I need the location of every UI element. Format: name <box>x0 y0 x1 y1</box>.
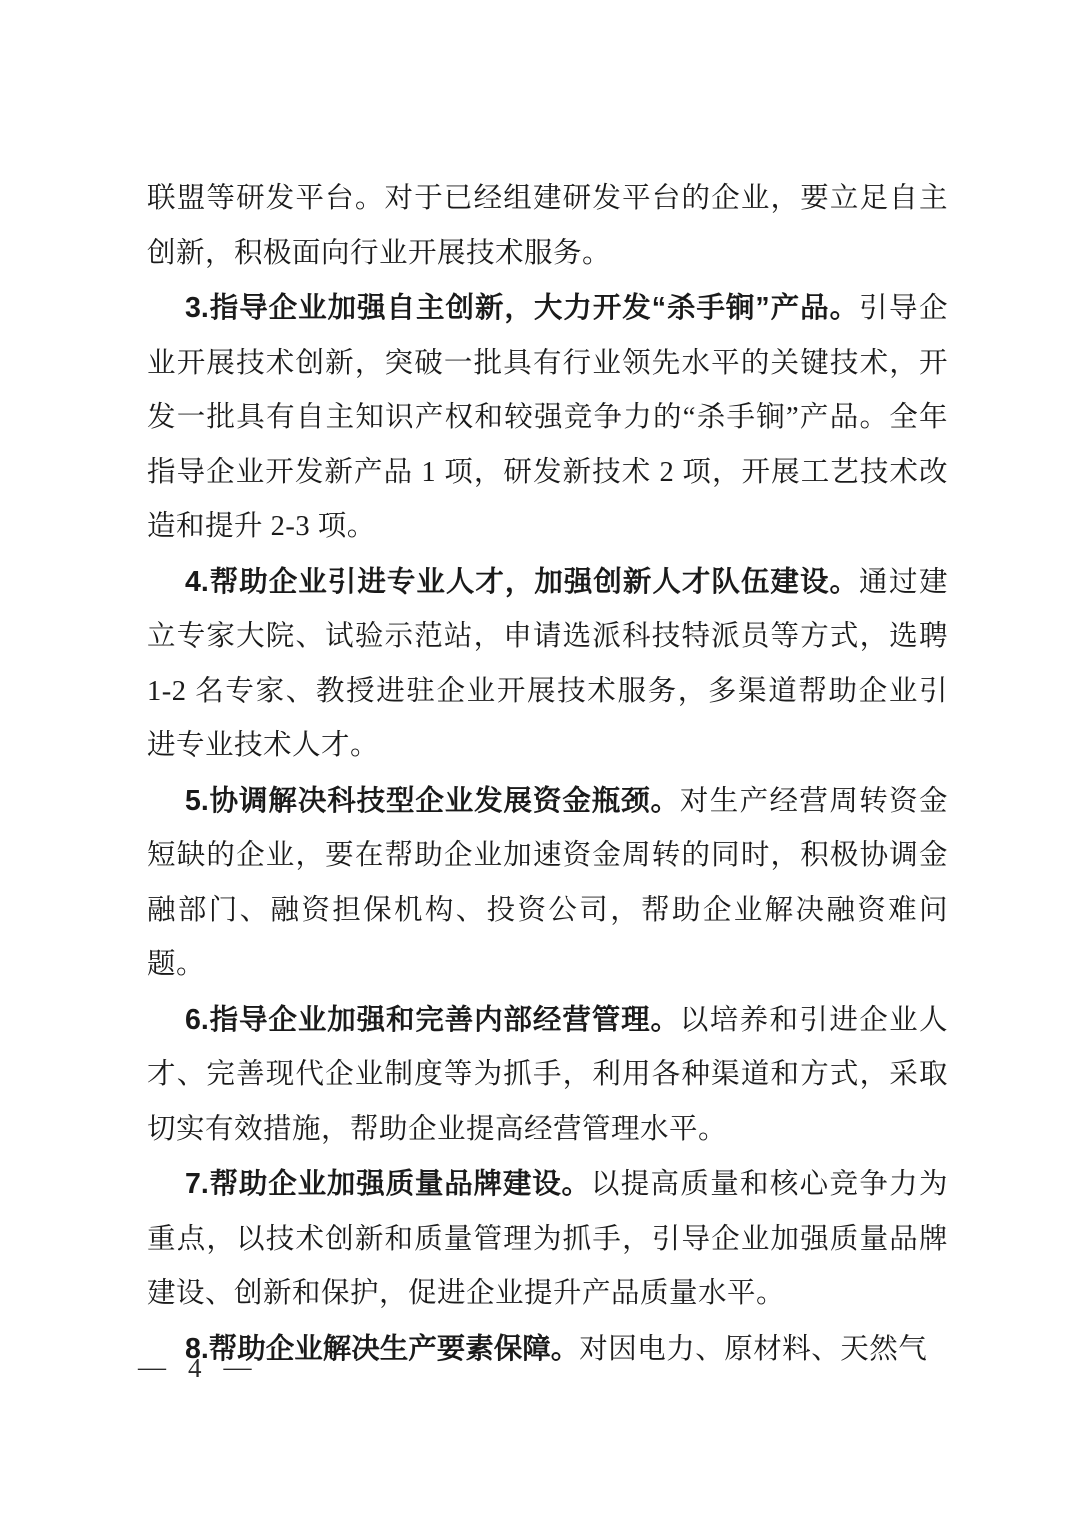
paragraph: 7.帮助企业加强质量品牌建设。以提高质量和核心竞争力为重点，以技术创新和质量管理… <box>147 1157 948 1322</box>
footer-dash-left: — <box>138 1352 166 1384</box>
document-body: 联盟等研发平台。对于已经组建研发平台的企业，要立足自主创新，积极面向行业开展技术… <box>147 171 948 1377</box>
paragraph: 8.帮助企业解决生产要素保障。对因电力、原材料、天然气 <box>147 1322 948 1378</box>
footer-dash-right: — <box>224 1352 252 1384</box>
document-page: 联盟等研发平台。对于已经组建研发平台的企业，要立足自主创新，积极面向行业开展技术… <box>0 0 1080 1524</box>
paragraph: 4.帮助企业引进专业人才，加强创新人才队伍建设。通过建立专家大院、试验示范站，申… <box>147 555 948 774</box>
paragraph-lead: 3.指导企业加强自主创新，大力开发“杀手锏”产品。 <box>185 292 859 324</box>
paragraph-text: 对因电力、原材料、天然气 <box>579 1334 927 1365</box>
paragraph: 5.协调解决科技型企业发展资金瓶颈。对生产经营周转资金短缺的企业，要在帮助企业加… <box>147 774 948 993</box>
paragraph: 联盟等研发平台。对于已经组建研发平台的企业，要立足自主创新，积极面向行业开展技术… <box>147 171 948 281</box>
paragraph-lead: 6.指导企业加强和完善内部经营管理。 <box>185 1004 680 1036</box>
page-footer: — 4 — <box>138 1352 252 1384</box>
paragraph: 6.指导企业加强和完善内部经营管理。以培养和引进企业人才、完善现代企业制度等为抓… <box>147 993 948 1158</box>
paragraph-text: 联盟等研发平台。对于已经组建研发平台的企业，要立足自主创新，积极面向行业开展技术… <box>147 183 948 269</box>
paragraph-lead: 7.帮助企业加强质量品牌建设。 <box>185 1168 591 1200</box>
paragraph-lead: 4.帮助企业引进专业人才，加强创新人才队伍建设。 <box>185 566 859 598</box>
page-number: 4 <box>188 1353 202 1384</box>
paragraph: 3.指导企业加强自主创新，大力开发“杀手锏”产品。引导企业开展技术创新，突破一批… <box>147 281 948 555</box>
paragraph-text: 引导企业开展技术创新，突破一批具有行业领先水平的关键技术，开发一批具有自主知识产… <box>147 293 948 542</box>
paragraph-lead: 5.协调解决科技型企业发展资金瓶颈。 <box>185 785 680 817</box>
